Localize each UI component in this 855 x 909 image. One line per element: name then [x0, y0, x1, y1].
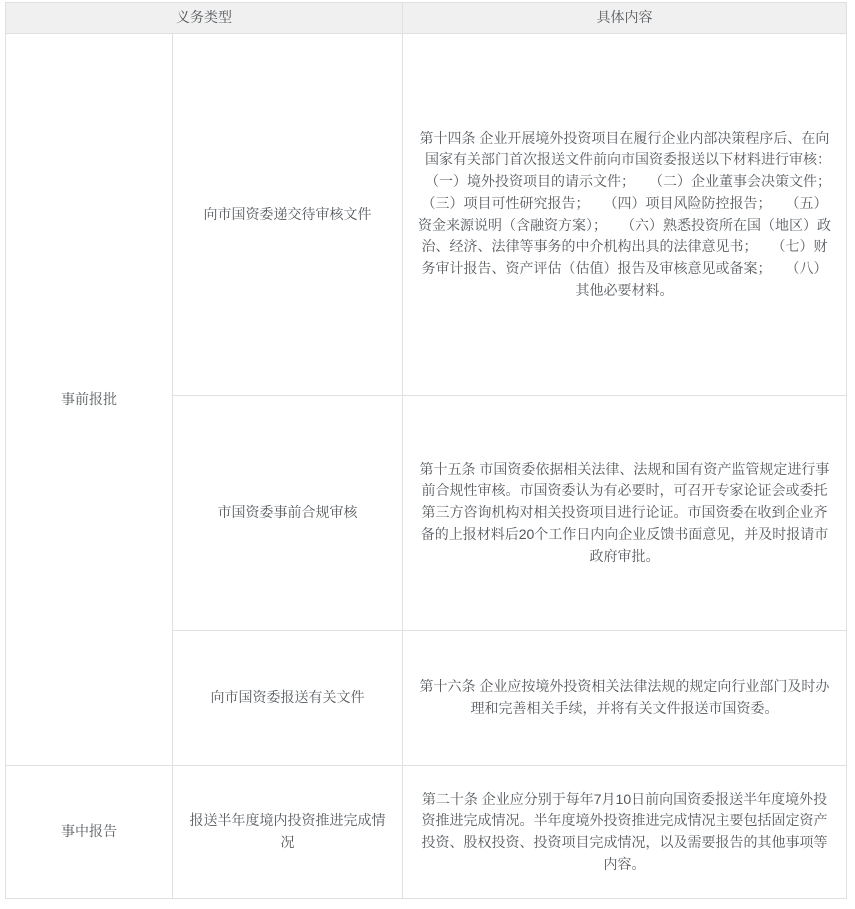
content-cell-article-14: 第十四条 企业开展境外投资项目在履行企业内部决策程序后、在向国家有关部门首次报送…: [403, 34, 847, 396]
table-header: 义务类型 具体内容: [6, 3, 847, 34]
obligation-cell-submit-review-documents: 向市国资委递交待审核文件: [173, 34, 403, 396]
content-cell-article-16: 第十六条 企业应按境外投资相关法律法规的规定向行业部门及时办理和完善相关手续，并…: [403, 631, 847, 766]
page: 义务类型 具体内容 事前报批 向市国资委递交待审核文件 第十四条 企业开展境外投…: [0, 0, 855, 909]
obligations-table: 义务类型 具体内容 事前报批 向市国资委递交待审核文件 第十四条 企业开展境外投…: [5, 2, 847, 899]
table-row-pre-approval-1: 事前报批 向市国资委递交待审核文件 第十四条 企业开展境外投资项目在履行企业内部…: [6, 34, 847, 396]
table-row-in-process-report: 事中报告 报送半年度境内投资推进完成情况 第二十条 企业应分别于每年7月10日前…: [6, 766, 847, 899]
header-row: 义务类型 具体内容: [6, 3, 847, 34]
table-body: 事前报批 向市国资委递交待审核文件 第十四条 企业开展境外投资项目在履行企业内部…: [6, 34, 847, 899]
column-header-specific-content: 具体内容: [403, 3, 847, 34]
obligation-type-cell-pre-approval: 事前报批: [6, 34, 173, 766]
obligation-type-cell-in-process-report: 事中报告: [6, 766, 173, 899]
obligation-cell-compliance-review: 市国资委事前合规审核: [173, 396, 403, 631]
obligation-cell-submit-related-documents: 向市国资委报送有关文件: [173, 631, 403, 766]
content-cell-article-15: 第十五条 市国资委依据相关法律、法规和国有资产监管规定进行事前合规性审核。市国资…: [403, 396, 847, 631]
obligation-cell-semiannual-progress-report: 报送半年度境内投资推进完成情况: [173, 766, 403, 899]
column-header-obligation-type: 义务类型: [6, 3, 403, 34]
content-cell-article-20: 第二十条 企业应分别于每年7月10日前向国资委报送半年度境外投资推进完成情况。半…: [403, 766, 847, 899]
